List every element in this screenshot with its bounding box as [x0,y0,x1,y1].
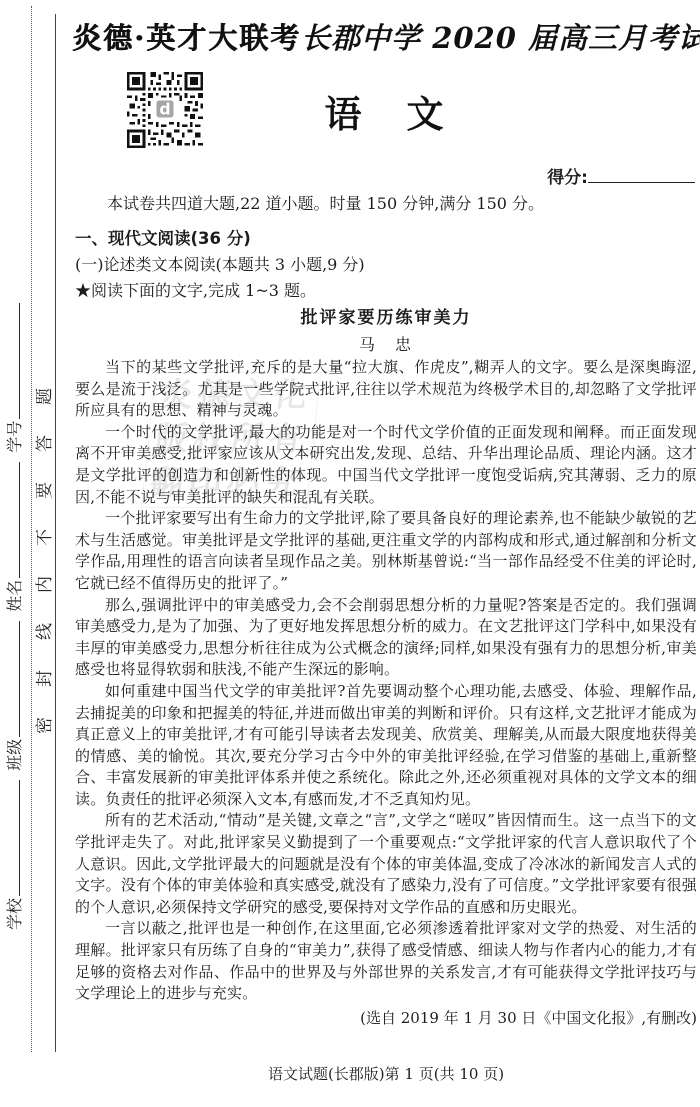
essay-paragraph: 一言以蔽之,批评也是一种创作,在这里面,它必须渗透着批评家对文学的热爱、对生活的… [75,918,697,1004]
class-blank-line [3,621,20,737]
number-blank-line [3,303,20,419]
name-blank-line [3,462,20,578]
seal-field-class: 班级 [5,739,24,771]
essay-paragraph: 一个批评家要写出有生命力的文学批评,除了要具备良好的理论素养,也不能缺少敏锐的艺… [75,508,697,594]
score-label: 得分: [547,168,588,188]
subject-title: 语 文 [75,84,697,138]
essay-paragraph: 一个时代的文学批评,最大的功能是对一个时代文学价值的正面发现和阐释。而正面发现离… [75,422,697,508]
seal-text: 密封线内不要答题 [34,326,56,740]
score-blank-line [588,165,695,183]
exam-paper-page: 学校 班级 姓名 学号 密封线内不要答题 炎德文化 版权所有 翻印必究 炎德·英… [0,0,700,1107]
exam-instructions: 本试卷共四道大题,22 道小题。时量 150 分钟,满分 150 分。 [75,192,697,216]
essay-paragraph: 所有的艺术活动,“情动”是关键,文章之“言”,文学之“嗟叹”皆因情而生。这一点当… [75,810,697,918]
exam-title: 炎德·英才大联考长郡中学 2020 届高三月考试卷(三) [72,16,698,57]
seal-field-school: 学校 [5,898,24,930]
seal-dotted-line [31,6,32,1052]
score-row: 得分: [75,163,695,188]
essay-author: 马 忠 [75,332,697,357]
source-citation: (选自 2019 年 1 月 30 日《中国文化报》,有删改) [75,1006,697,1030]
seal-fields: 学校 班级 姓名 学号 [3,88,27,930]
seal-field-number: 学号 [5,421,24,453]
page-footer: 语文试题(长郡版)第 1 页(共 10 页) [75,1063,697,1084]
essay-paragraph: 那么,强调批评中的审美感受力,会不会削弱思想分析的力量呢?答案是否定的。我们强调… [75,595,697,681]
section-heading: 一、现代文阅读(36 分) [75,225,697,252]
exam-title-school: 长郡中学 2020 届高三月考试卷(三) [301,21,700,55]
essay-paragraph: 当下的某些文学批评,充斥的是大量“拉大旗、作虎皮”,糊弄人的文字。要么是深奥晦涩… [75,357,697,422]
main-content: 本试卷共四道大题,22 道小题。时量 150 分钟,满分 150 分。 一、现代… [75,192,697,1030]
star-instruction: ★阅读下面的文字,完成 1~3 题。 [75,278,697,304]
exam-title-brand: 炎德·英才大联考 [72,21,301,55]
essay-title: 批评家要历练审美力 [75,305,697,332]
essay-paragraph: 如何重建中国当代文学的审美批评?首先要调动整个心理功能,去感受、体验、理解作品,… [75,681,697,811]
seal-field-name: 姓名 [5,580,24,612]
school-blank-line [3,780,20,896]
subsection-heading: (一)论述类文本阅读(本题共 3 小题,9 分) [75,252,697,278]
seal-text-strip: 密封线内不要答题 [34,332,56,740]
seal-solid-line [55,14,56,1052]
